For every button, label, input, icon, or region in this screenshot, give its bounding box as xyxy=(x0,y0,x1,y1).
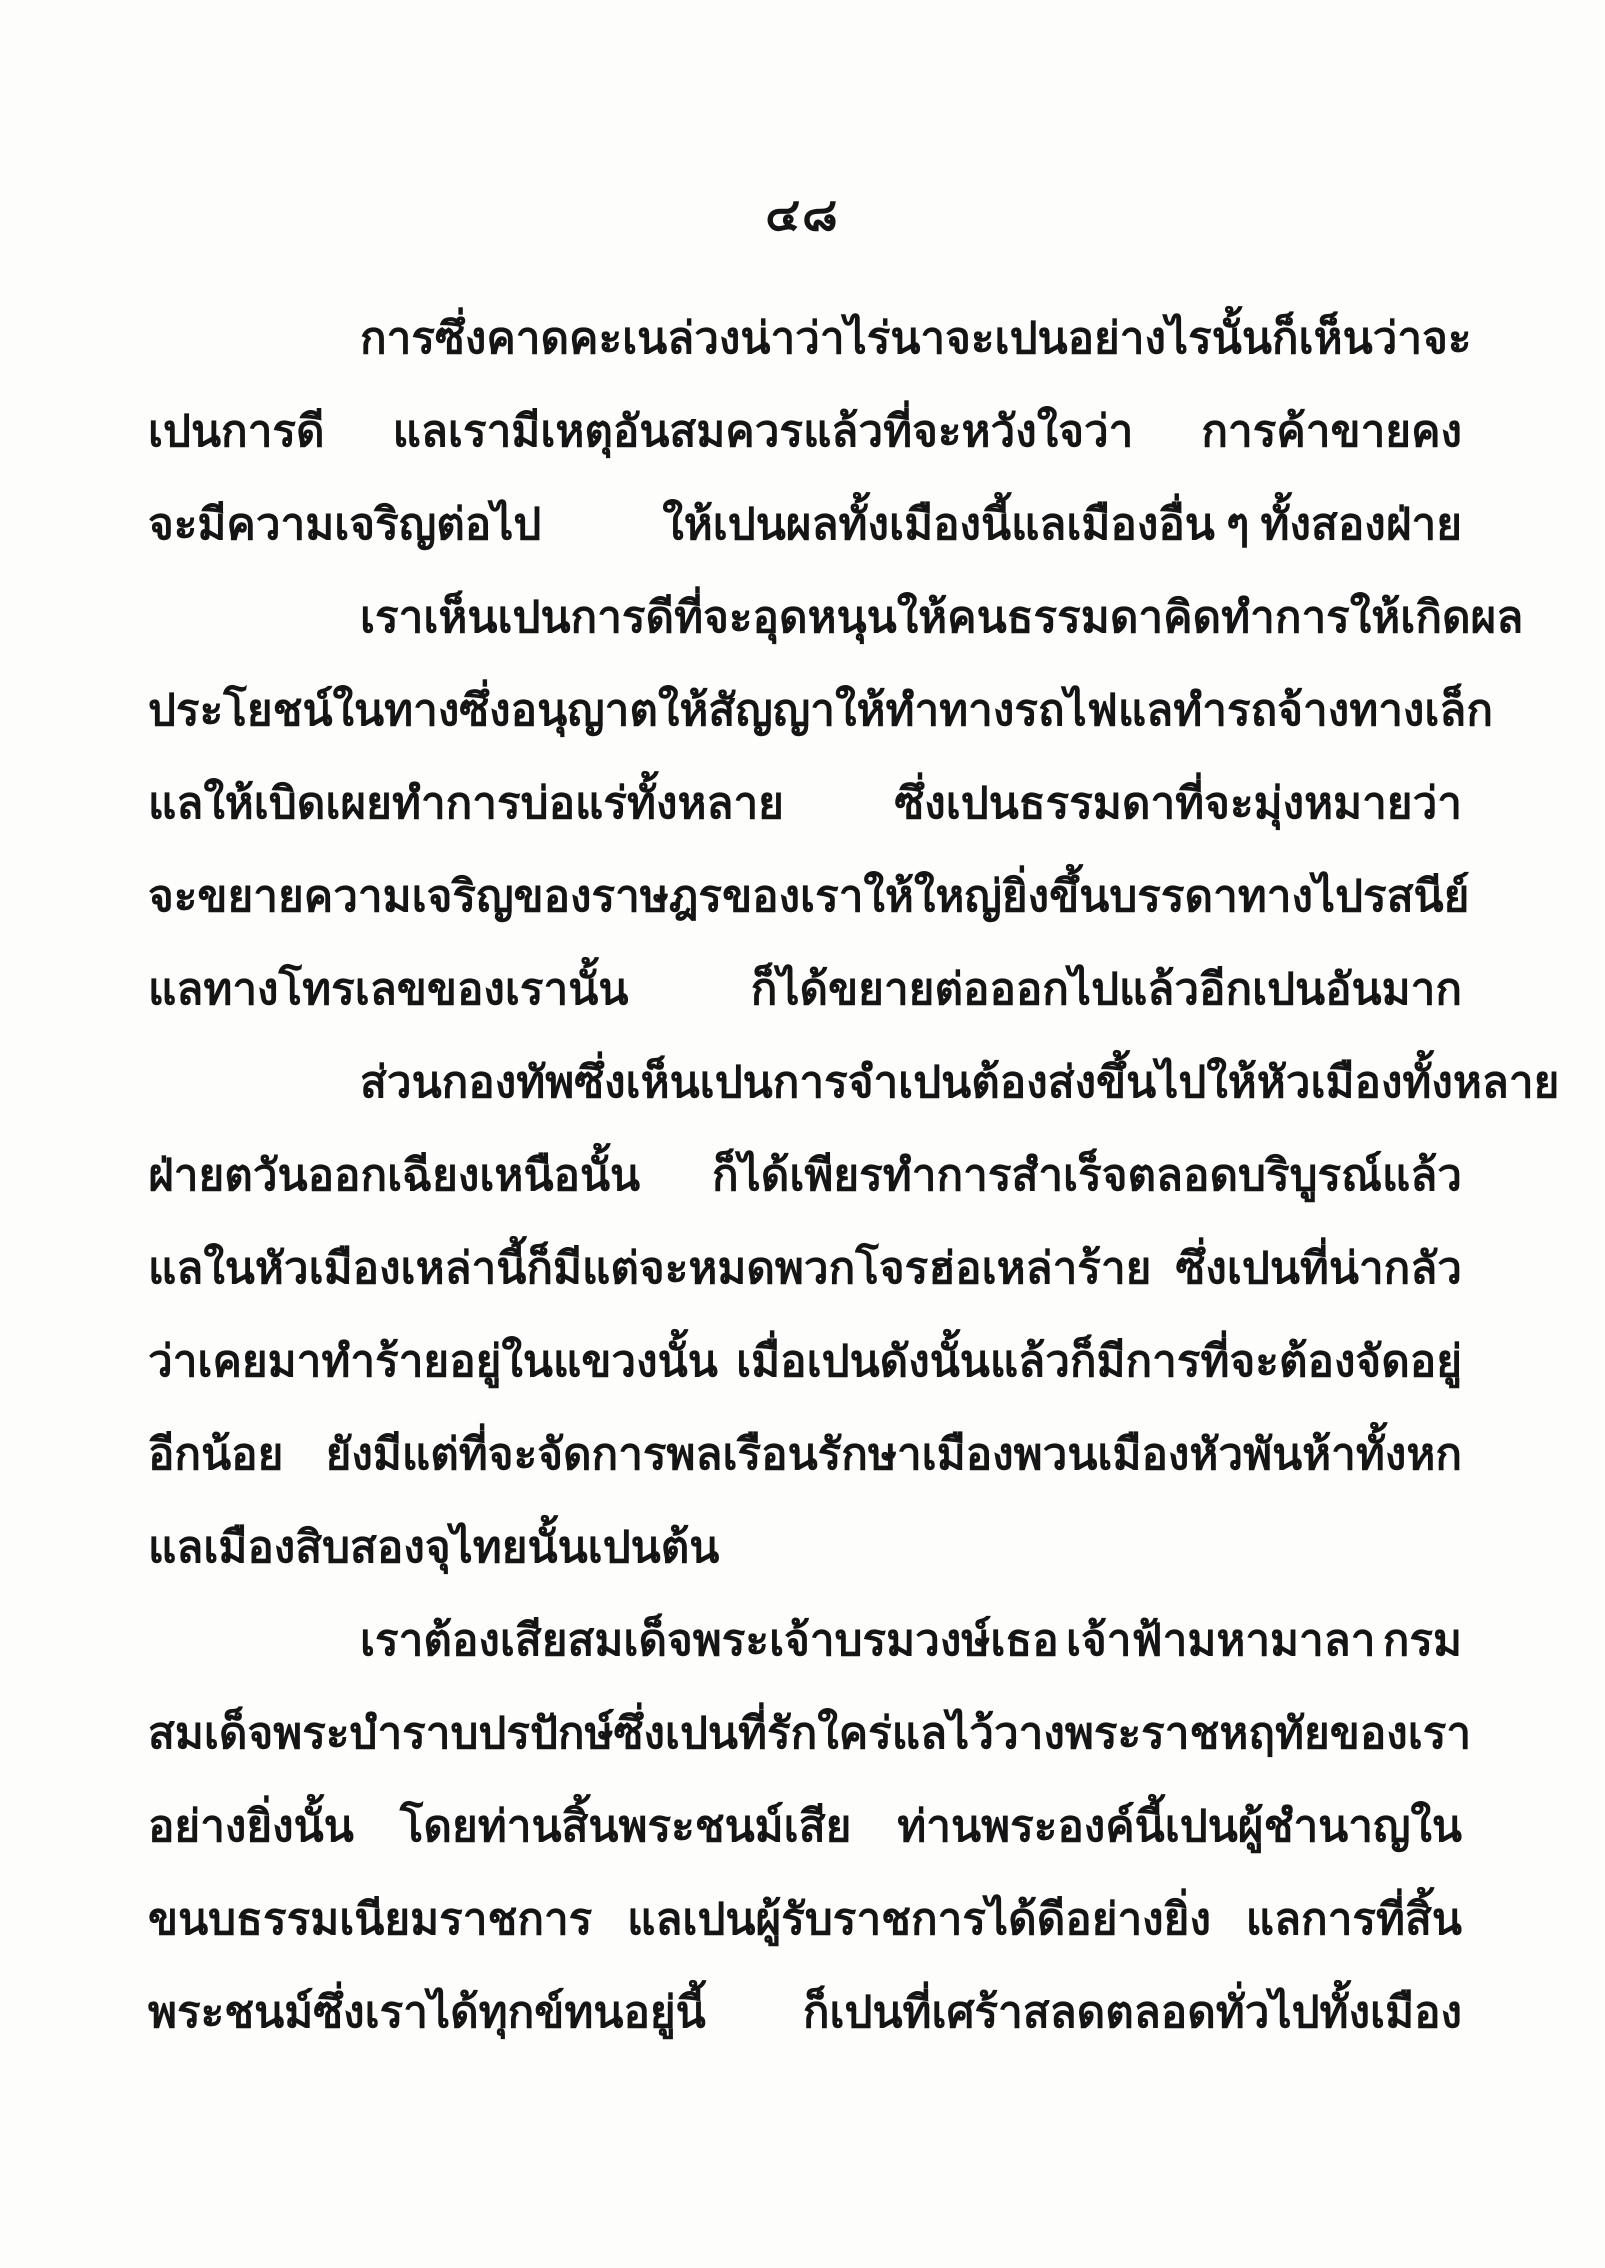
text-line: ฝ่ายตวันออกเฉียงเหนือนั้น ก็ได้เพียรทำกา… xyxy=(148,1129,1462,1222)
line-segment: เจ้าฟ้ามหามาลา xyxy=(1066,1594,1375,1687)
line-segment: อย่างยิ่งนั้น xyxy=(148,1780,354,1873)
text-line: จะขยายความเจริญของราษฎรของเราให้ใหญ่ยิ่ง… xyxy=(148,850,1462,943)
line-segment: แลเมืองสิบสองจุไทยนั้นเปนต้น xyxy=(148,1501,719,1594)
text-line: เปนการดี แลเรามีเหตุอันสมควรแล้วที่จะหวั… xyxy=(148,385,1462,478)
line-segment: พระชนม์ซึ่งเราได้ทุกข์ทนอยู่นี้ xyxy=(148,1966,706,2059)
text-line: ว่าเคยมาทำร้ายอยู่ในแขวงนั้น เมื่อเปนดัง… xyxy=(148,1315,1462,1408)
line-segment: ส่วนกองทัพซึ่งเห็นเปนการจำเปนต้องส่งขึ้น… xyxy=(360,1036,1559,1129)
line-segment: อีกน้อย xyxy=(148,1408,283,1501)
line-segment: ประโยชน์ในทางซึ่งอนุญาตให้สัญญา xyxy=(148,664,835,757)
text-line: ส่วนกองทัพซึ่งเห็นเปนการจำเปนต้องส่งขึ้น… xyxy=(148,1036,1462,1129)
text-line: แลทางโทรเลขของเรานั้น ก็ได้ขยายต่อออกไปแ… xyxy=(148,943,1462,1036)
line-segment: การซึ่งคาดคะเนล่วงน่าว่าไร่นาจะเปนอย่างไ… xyxy=(360,292,1272,385)
line-segment: แลให้เบิดเผยทำการบ่อแร่ทั้งหลาย xyxy=(148,757,784,850)
text-line: เราต้องเสียสมเด็จพระเจ้าบรมวงษ์เธอ เจ้าฟ… xyxy=(148,1594,1462,1687)
line-segment: ยังมีแต่ที่จะจัดการพลเรือนรักษาเมืองพวนเ… xyxy=(326,1408,1462,1501)
text-line: ขนบธรรมเนียมราชการ แลเปนผู้รับราชการได้ด… xyxy=(148,1873,1462,1966)
line-segment: สมเด็จพระบำราบปรปักษ์ xyxy=(148,1687,614,1780)
text-line: แลเมืองสิบสองจุไทยนั้นเปนต้น xyxy=(148,1501,1462,1594)
text-line: ประโยชน์ในทางซึ่งอนุญาตให้สัญญา ให้ทำทาง… xyxy=(148,664,1462,757)
paragraph: เราต้องเสียสมเด็จพระเจ้าบรมวงษ์เธอ เจ้าฟ… xyxy=(148,1594,1462,2059)
line-segment: เมื่อเปนดังนั้นแล้วก็มีการที่จะต้องจัดอย… xyxy=(736,1315,1462,1408)
line-segment: โดยท่านสิ้นพระชนม์เสีย xyxy=(400,1780,852,1873)
line-segment: ให้คนธรรมดาคิดทำการให้เกิดผล xyxy=(897,571,1524,664)
paragraph: เราเห็นเปนการดีที่จะอุดหนุน ให้คนธรรมดาค… xyxy=(148,571,1462,1036)
line-segment: แลการที่สิ้น xyxy=(1246,1873,1462,1966)
text-line: การซึ่งคาดคะเนล่วงน่าว่าไร่นาจะเปนอย่างไ… xyxy=(148,292,1462,385)
line-segment: ซึ่งเปนที่รักใคร่แลไว้วางพระราชหฤทัยของเ… xyxy=(614,1687,1472,1780)
line-segment: จะมีความเจริญต่อไป xyxy=(148,478,541,571)
line-segment: แลทางโทรเลขของเรานั้น xyxy=(148,943,628,1036)
line-segment: แลเปนผู้รับราชการได้ดีอย่างยิ่ง xyxy=(627,1873,1211,1966)
line-segment: ก็เห็นว่าจะ xyxy=(1272,292,1472,385)
text-line: พระชนม์ซึ่งเราได้ทุกข์ทนอยู่นี้ ก็เปนที่… xyxy=(148,1966,1462,2059)
line-segment: แลเรามีเหตุอันสมควรแล้วที่จะหวังใจว่า xyxy=(393,385,1134,478)
line-segment: แลในหัวเมืองเหล่านี้ก็มีแต่จะหมดพวกโจรฮ่… xyxy=(148,1222,1151,1315)
scanned-book-page: ๔๘ การซึ่งคาดคะเนล่วงน่าว่าไร่นาจะเปนอย่… xyxy=(0,0,1605,2268)
line-segment: ซึ่งเปนธรรมดาที่จะมุ่งหมายว่า xyxy=(894,757,1462,850)
text-line: แลให้เบิดเผยทำการบ่อแร่ทั้งหลาย ซึ่งเปนธ… xyxy=(148,757,1462,850)
text-line: อีกน้อย ยังมีแต่ที่จะจัดการพลเรือนรักษาเ… xyxy=(148,1408,1462,1501)
line-segment: ก็ได้เพียรทำการสำเร็จตลอดบริบูรณ์แล้ว xyxy=(712,1129,1462,1222)
text-line: จะมีความเจริญต่อไป ให้เปนผลทั้งเมืองนี้แ… xyxy=(148,478,1462,571)
line-segment: ซึ่งเปนที่น่ากลัว xyxy=(1176,1222,1463,1315)
line-segment: จะขยายความเจริญของราษฎรของเราให้ใหญ่ยิ่ง… xyxy=(148,850,1109,943)
line-segment: ให้เปนผลทั้งเมืองนี้แลเมืองอื่น ๆ ทั้งสอ… xyxy=(662,478,1462,571)
paragraph: ส่วนกองทัพซึ่งเห็นเปนการจำเปนต้องส่งขึ้น… xyxy=(148,1036,1462,1594)
page-text-body: การซึ่งคาดคะเนล่วงน่าว่าไร่นาจะเปนอย่างไ… xyxy=(148,292,1462,2059)
text-line: อย่างยิ่งนั้น โดยท่านสิ้นพระชนม์เสีย ท่า… xyxy=(148,1780,1462,1873)
text-line: เราเห็นเปนการดีที่จะอุดหนุน ให้คนธรรมดาค… xyxy=(148,571,1462,664)
line-segment: การค้าขายคง xyxy=(1201,385,1462,478)
line-segment: ก็ได้ขยายต่อออกไปแล้วอีกเปนอันมาก xyxy=(751,943,1462,1036)
text-line: แลในหัวเมืองเหล่านี้ก็มีแต่จะหมดพวกโจรฮ่… xyxy=(148,1222,1462,1315)
line-segment: ขนบธรรมเนียมราชการ xyxy=(148,1873,592,1966)
line-segment: เราเห็นเปนการดีที่จะอุดหนุน xyxy=(360,571,897,664)
paragraph: การซึ่งคาดคะเนล่วงน่าว่าไร่นาจะเปนอย่างไ… xyxy=(148,292,1462,571)
line-segment: บรรดาทางไปรสนีย์ xyxy=(1109,850,1469,943)
text-line: สมเด็จพระบำราบปรปักษ์ ซึ่งเปนที่รักใคร่แ… xyxy=(148,1687,1462,1780)
line-segment: ให้ทำทางรถไฟแลทำรถจ้างทางเล็ก xyxy=(835,664,1493,757)
line-segment: เปนการดี xyxy=(148,385,325,478)
line-segment: กรม xyxy=(1383,1594,1462,1687)
line-segment: ฝ่ายตวันออกเฉียงเหนือนั้น xyxy=(148,1129,640,1222)
page-number: ๔๘ xyxy=(0,178,1605,251)
line-segment: ก็เปนที่เศร้าสลดตลอดทั่วไปทั้งเมือง xyxy=(803,1966,1462,2059)
line-segment: ท่านพระองค์นี้เปนผู้ชำนาญใน xyxy=(897,1780,1462,1873)
line-segment: ว่าเคยมาทำร้ายอยู่ในแขวงนั้น xyxy=(148,1315,718,1408)
line-segment: เราต้องเสียสมเด็จพระเจ้าบรมวงษ์เธอ xyxy=(360,1594,1059,1687)
